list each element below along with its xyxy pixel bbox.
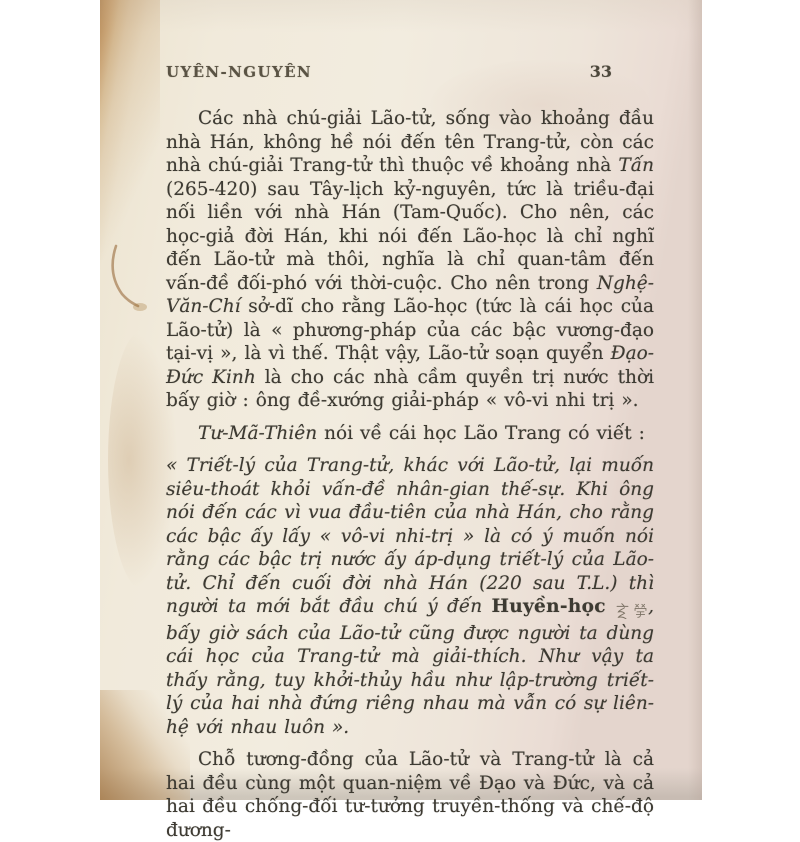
cjk-huyen-hoc-glyphs [615,598,648,622]
paragraph: Chỗ tương-đồng của Lão-tử và Trang-tử là… [166,748,654,800]
text-segment: Chỗ tương-đồng của Lão-tử và Trang-tử là… [166,749,654,800]
text-segment: nói về cái học Lão Trang có viết : [317,423,645,444]
text-segment: Các nhà chú-giải Lão-tử, sống vào khoảng… [166,108,654,176]
page-text: Các nhà chú-giải Lão-tử, sống vào khoảng… [166,107,654,800]
book-page-photo: UYÊN-NGUYÊN 33 Các nhà chú-giải Lão-tử, … [100,0,702,800]
text-segment: , bấy giờ sách của Lão-tử cũng được ngườ… [166,596,654,738]
text-segment: Tấn [618,155,654,176]
hair-stain-mark [100,238,170,328]
gutter-shadow-top [100,0,160,260]
page-content: UYÊN-NGUYÊN 33 Các nhà chú-giải Lão-tử, … [166,62,654,800]
page-edge-shadow [688,0,702,800]
text-segment: Huyền-học [491,596,605,617]
text-segment: « Triết-lý của Trang-tử, khác với Lão-tử… [166,455,654,617]
text-segment: Tư-Mã-Thiên [198,423,317,444]
running-head: UYÊN-NGUYÊN 33 [166,62,654,81]
text-segment [606,596,615,617]
page-header-title: UYÊN-NGUYÊN [166,63,312,81]
paragraph: Tư-Mã-Thiên nói về cái học Lão Trang có … [166,422,654,446]
page-number: 33 [590,62,612,81]
text-segment: (265-420) sau Tây-lịch kỷ-nguyên, tức là… [166,179,654,294]
paragraph: Các nhà chú-giải Lão-tử, sống vào khoảng… [166,107,654,413]
paragraph: « Triết-lý của Trang-tử, khác với Lão-tử… [166,454,654,739]
